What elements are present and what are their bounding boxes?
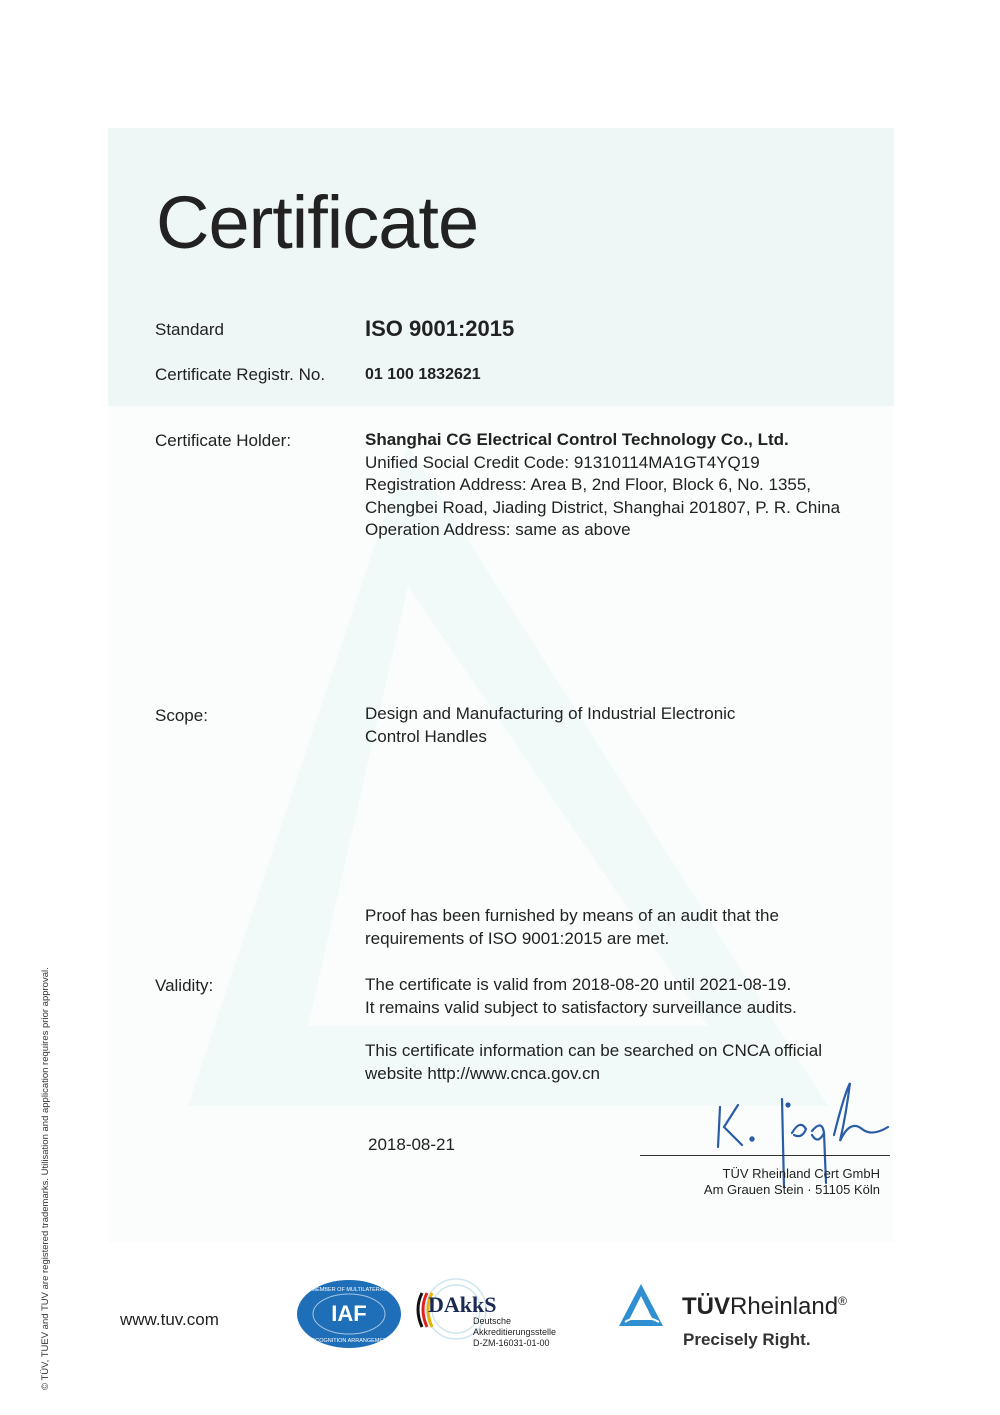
signature-line bbox=[640, 1155, 890, 1156]
signatory-org: TÜV Rheinland Cert GmbH bbox=[704, 1166, 880, 1182]
dakks-name: DAkkS bbox=[428, 1292, 496, 1318]
registered-mark: ® bbox=[838, 1294, 847, 1308]
svg-text:IAF: IAF bbox=[331, 1301, 366, 1326]
standard-label: Standard bbox=[155, 320, 224, 340]
certificate-title: Certificate bbox=[156, 186, 478, 260]
holder-name: Shanghai CG Electrical Control Technolog… bbox=[365, 429, 840, 452]
registration-label: Certificate Registr. No. bbox=[155, 365, 325, 385]
holder-credit-code: Unified Social Credit Code: 91310114MA1G… bbox=[365, 452, 840, 475]
holder-address-line-1: Registration Address: Area B, 2nd Floor,… bbox=[365, 474, 840, 497]
tuv-brand-bold: TÜV bbox=[682, 1293, 730, 1320]
trademark-note: © TÜV, TUEV and TUV are registered trade… bbox=[40, 967, 51, 1390]
tuv-brand: TÜVRheinland® bbox=[682, 1293, 847, 1321]
holder-operation-address: Operation Address: same as above bbox=[365, 519, 840, 542]
tuv-brand-rest: Rheinland bbox=[730, 1293, 838, 1320]
certificate-page: Certificate Standard ISO 9001:2015 Certi… bbox=[0, 0, 1000, 1415]
tuv-triangle-logo-icon bbox=[615, 1282, 667, 1328]
scope-line: Control Handles bbox=[365, 726, 735, 749]
validity-line: It remains valid subject to satisfactory… bbox=[365, 997, 797, 1020]
scope-text: Design and Manufacturing of Industrial E… bbox=[365, 703, 735, 748]
holder-address-line-2: Chengbei Road, Jiading District, Shangha… bbox=[365, 497, 840, 520]
signatory-address: Am Grauen Stein · 51105 Köln bbox=[704, 1182, 880, 1198]
iaf-logo-icon: IAF MEMBER OF MULTILATERAL RECOGNITION A… bbox=[295, 1278, 403, 1350]
svg-text:MEMBER OF MULTILATERAL: MEMBER OF MULTILATERAL bbox=[312, 1287, 387, 1293]
signatory-block: TÜV Rheinland Cert GmbH Am Grauen Stein … bbox=[704, 1166, 880, 1198]
validity-text: The certificate is valid from 2018-08-20… bbox=[365, 974, 797, 1019]
dakks-details: Deutsche Akkreditierungsstelle D-ZM-1603… bbox=[473, 1316, 556, 1349]
proof-line: Proof has been furnished by means of an … bbox=[365, 905, 779, 928]
scope-label: Scope: bbox=[155, 706, 208, 726]
svg-text:RECOGNITION ARRANGEMENT: RECOGNITION ARRANGEMENT bbox=[308, 1338, 391, 1344]
issue-date: 2018-08-21 bbox=[368, 1134, 455, 1157]
cnca-line: This certificate information can be sear… bbox=[365, 1040, 822, 1063]
proof-text: Proof has been furnished by means of an … bbox=[365, 905, 779, 950]
holder-label: Certificate Holder: bbox=[155, 431, 291, 451]
validity-line: The certificate is valid from 2018-08-20… bbox=[365, 974, 797, 997]
validity-label: Validity: bbox=[155, 976, 213, 996]
standard-value: ISO 9001:2015 bbox=[365, 318, 514, 341]
proof-line: requirements of ISO 9001:2015 are met. bbox=[365, 928, 779, 951]
scope-line: Design and Manufacturing of Industrial E… bbox=[365, 703, 735, 726]
dakks-line: Deutsche bbox=[473, 1316, 556, 1327]
holder-block: Shanghai CG Electrical Control Technolog… bbox=[365, 429, 840, 542]
website-link[interactable]: www.tuv.com bbox=[120, 1310, 219, 1330]
tuv-slogan: Precisely Right. bbox=[683, 1330, 811, 1350]
dakks-line: D-ZM-16031-01-00 bbox=[473, 1338, 556, 1349]
dakks-line: Akkreditierungsstelle bbox=[473, 1327, 556, 1338]
registration-number: 01 100 1832621 bbox=[365, 364, 481, 387]
